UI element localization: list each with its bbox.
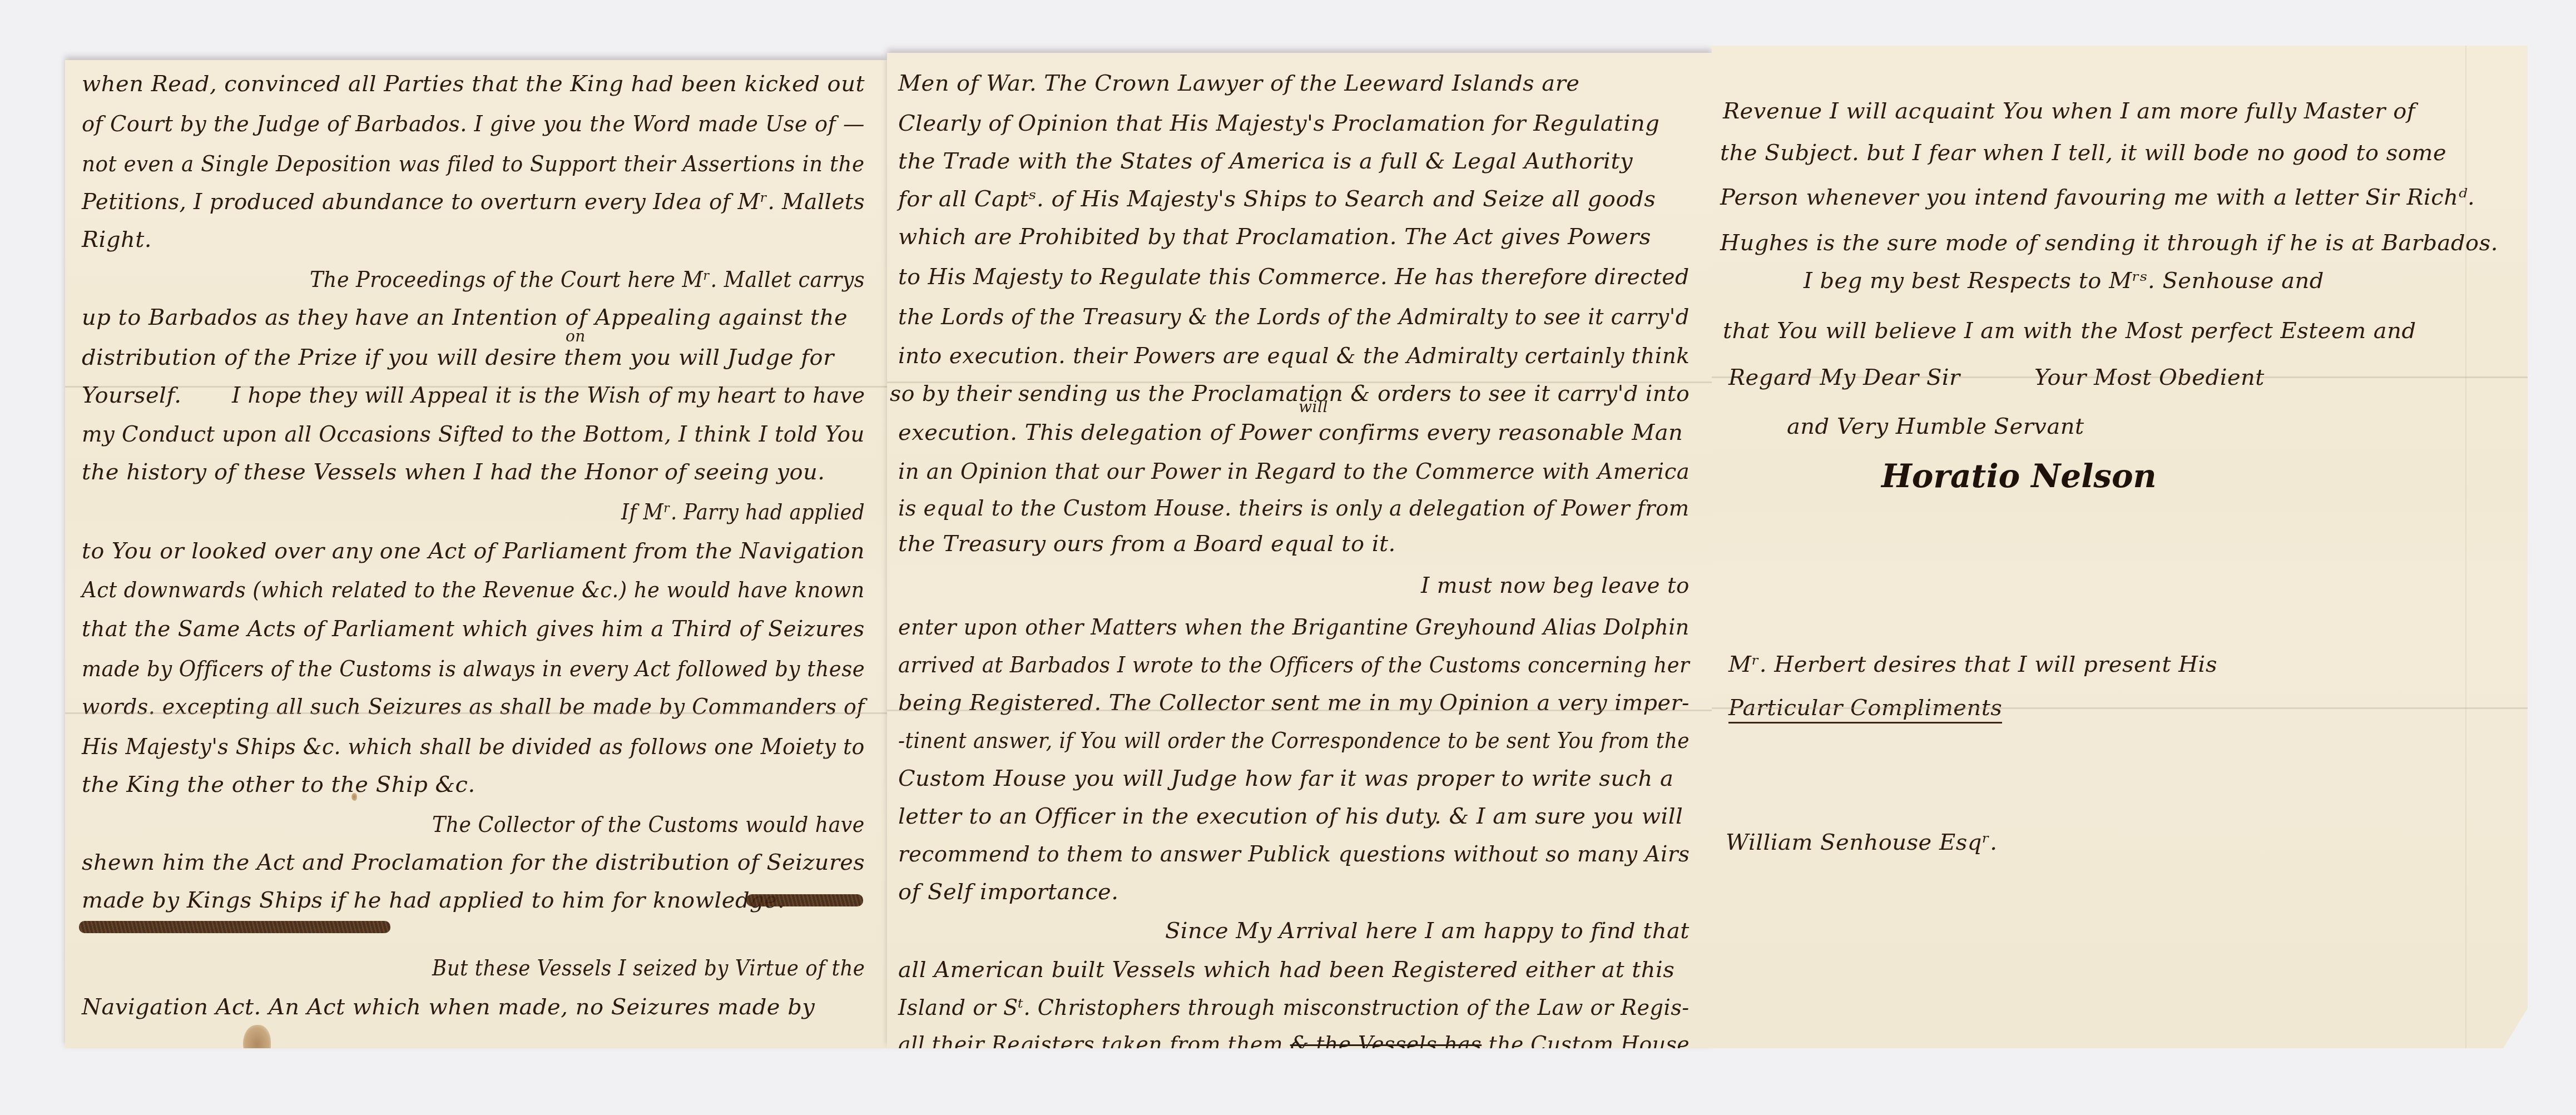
addressee: William Senhouse Esqʳ. — [1726, 830, 1997, 855]
text-line: Island or Sᵗ. Christophers through misco… — [898, 995, 1690, 1020]
text-line: letter to an Officer in the execution of… — [898, 804, 1683, 829]
letter-page-middle: Men of War. The Crown Lawyer of the Leew… — [887, 53, 1712, 1048]
text-line: for all Captˢ. of His Majesty's Ships to… — [898, 186, 1656, 212]
text-line: Right. — [82, 227, 152, 252]
text-line: Regard My Dear Sir — [1728, 365, 1960, 390]
text-line: The Proceedings of the Court here Mʳ. Ma… — [310, 267, 865, 293]
text-line: Since My Arrival here I am happy to find… — [1165, 918, 1690, 944]
postscript-line: Particular Compliments — [1728, 695, 2002, 721]
text-line: up to Barbados as they have an Intention… — [82, 305, 848, 330]
text-line: But these Vessels I seized by Virtue of … — [432, 955, 865, 981]
text-line: His Majesty's Ships &c. which shall be d… — [82, 734, 865, 760]
postscript-line: Mʳ. Herbert desires that I will present … — [1728, 652, 2217, 677]
signature: Horatio Nelson — [1881, 457, 2157, 495]
text-line: which are Prohibited by that Proclamatio… — [898, 224, 1651, 250]
text-line: Your Most Obedient — [2034, 365, 2265, 390]
text-line: Hughes is the sure mode of sending it th… — [1720, 230, 2498, 256]
text-line: to His Majesty to Regulate this Commerce… — [898, 264, 1690, 290]
insertion-mark: will — [1299, 398, 1328, 416]
text-line: Person whenever you intend favouring me … — [1720, 185, 2475, 210]
text-line: Custom House you will Judge how far it w… — [898, 766, 1673, 791]
text-line: I beg my best Respects to Mʳˢ. Senhouse … — [1804, 268, 2324, 294]
text-line: not even a Single Deposition was filed t… — [82, 151, 865, 177]
crossed-out-text — [746, 894, 863, 906]
text-line: the King the other to the Ship &c. — [82, 772, 475, 797]
text-line: recommend to them to answer Publick ques… — [898, 841, 1690, 867]
text-line: execution. This delegation of Power conf… — [898, 420, 1683, 445]
text-line: Act downwards (which related to the Reve… — [82, 577, 865, 603]
text-line: of Self importance. — [898, 879, 1119, 905]
text-line: I must now beg leave to — [1421, 573, 1690, 598]
text-line: being Registered. The Collector sent me … — [898, 690, 1690, 716]
text-line: enter upon other Matters when the Brigan… — [898, 615, 1690, 640]
insertion-mark: on — [566, 327, 586, 345]
text-line: the history of these Vessels when I had … — [82, 459, 825, 485]
text-line: of Court by the Judge of Barbados. I giv… — [82, 111, 865, 137]
text-line: shewn him the Act and Proclamation for t… — [82, 850, 865, 875]
text-line: the Trade with the States of America is … — [898, 148, 1633, 174]
underlined-text: Particular Compliments — [1728, 695, 2002, 723]
text-line: into execution. their Powers are equal &… — [898, 343, 1690, 369]
text-line: that You will believe I am with the Most… — [1723, 318, 2416, 344]
text-line: Revenue I will acquaint You when I am mo… — [1723, 98, 2415, 124]
text-line: Yourself. — [82, 383, 181, 408]
text-line: in an Opinion that our Power in Regard t… — [898, 459, 1690, 484]
text-line: distribution of the Prize if you will de… — [82, 345, 834, 370]
text-line: -tinent answer, if You will order the Co… — [898, 728, 1690, 754]
ink-spot — [351, 793, 357, 801]
text-line: made by Officers of the Customs is alway… — [82, 656, 865, 682]
crossed-out-text — [79, 921, 390, 933]
text-line: I hope they will Appeal it is the Wish o… — [232, 383, 865, 408]
text-line: is equal to the Custom House. theirs is … — [898, 495, 1690, 521]
text-line: my Conduct upon all Occasions Sifted to … — [82, 422, 865, 447]
text-line: when Read, convinced all Parties that th… — [82, 71, 865, 97]
text-line: the Treasury ours from a Board equal to … — [898, 531, 1396, 557]
text-line: The Collector of the Customs would have — [432, 812, 865, 838]
text-line: made by Kings Ships if he had applied to… — [82, 888, 785, 913]
stain — [243, 1025, 271, 1048]
text-line: Navigation Act. An Act which when made, … — [82, 994, 815, 1020]
text-line: and Very Humble Servant — [1787, 414, 2084, 439]
text-line: the Subject. but I fear when I tell, it … — [1720, 140, 2446, 166]
text-line: so by their sending us the Proclamation … — [890, 381, 1690, 407]
text-line: Clearly of Opinion that His Majesty's Pr… — [898, 111, 1659, 136]
fold-line — [2465, 46, 2466, 1048]
letter-page-left: when Read, convinced all Parties that th… — [65, 60, 887, 1048]
text-line: Men of War. The Crown Lawyer of the Leew… — [898, 71, 1579, 96]
letter-page-right: Revenue I will acquaint You when I am mo… — [1712, 46, 2528, 1048]
text-fragment: the Custom House — [1489, 1032, 1690, 1048]
text-line: If Mʳ. Parry had applied — [621, 499, 865, 525]
text-line: all their Registers taken from them & th… — [898, 1032, 1690, 1048]
text-line: that the Same Acts of Parliament which g… — [82, 616, 865, 642]
text-line: words. excepting all such Seizures as sh… — [82, 694, 865, 720]
text-line: Petitions, I produced abundance to overt… — [82, 189, 865, 215]
text-line: to You or looked over any one Act of Par… — [82, 538, 865, 564]
text-line: the Lords of the Treasury & the Lords of… — [898, 304, 1690, 330]
text-line: arrived at Barbados I wrote to the Offic… — [898, 652, 1690, 678]
text-fragment: all their Registers taken from them — [898, 1032, 1283, 1048]
struck-text: & the Vessels has — [1290, 1032, 1482, 1048]
text-line: all American built Vessels which had bee… — [898, 957, 1675, 983]
